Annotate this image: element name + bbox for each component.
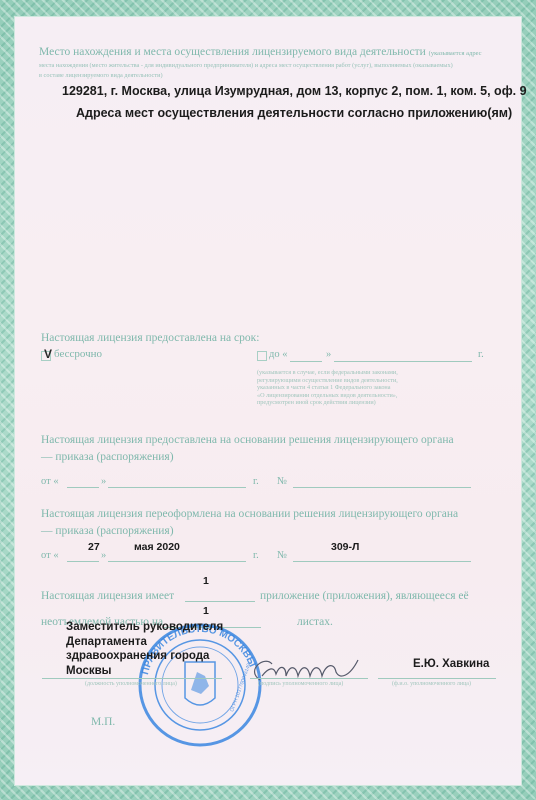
appendix-line1-suffix: приложение (приложения), являющееся её [260, 590, 469, 602]
appendix-line1-prefix: Настоящая лицензия имеет [41, 590, 174, 602]
caption-position: (должность уполномоченного лица) [85, 681, 177, 687]
granted-year-suffix: г. [253, 476, 259, 487]
signer-name: Е.Ю. Хавкина [413, 658, 489, 670]
signer-position: Заместитель руководителя Департамента зд… [66, 620, 223, 678]
reissued-number-line[interactable] [293, 561, 471, 562]
granted-date-prefix: от « [41, 476, 59, 487]
granted-line2: — приказа (распоряжения) [41, 451, 174, 463]
caption-signature: (подпись уполномоченного лица) [258, 681, 343, 687]
until-note-line: регулирующими осуществление видов деятел… [257, 377, 398, 385]
appendix-count-value: 1 [203, 575, 209, 587]
until-day-line[interactable] [290, 361, 322, 362]
indefinite-label: бессрочно [54, 348, 102, 360]
appendix-line2-suffix: листах. [297, 616, 333, 628]
until-checkbox[interactable] [257, 351, 267, 361]
activity-addresses-value: Адреса мест осуществления деятельности с… [76, 106, 512, 120]
granted-number-line[interactable] [293, 487, 471, 488]
sheet-count-value: 1 [203, 605, 209, 617]
reissued-year-suffix: г. [253, 550, 259, 561]
until-note-line: «О лицензировании отдельных видов деятел… [257, 392, 398, 400]
until-mid: » [326, 349, 331, 360]
location-heading-text: Место нахождения и места осуществления л… [39, 46, 426, 58]
signer-position-line: здравоохранения города [66, 649, 223, 664]
granted-month-year-line[interactable] [108, 487, 246, 488]
reissued-number-value: 309-Л [331, 541, 359, 553]
appendix-count-line[interactable] [185, 601, 255, 602]
reissued-month-year-value: мая 2020 [134, 541, 180, 553]
until-date-line[interactable] [334, 361, 472, 362]
caption-name: (ф.и.о. уполномоченного лица) [392, 681, 471, 687]
granted-day-line[interactable] [67, 487, 99, 488]
signer-position-line: Заместитель руководителя [66, 620, 223, 635]
reissued-date-mid: » [101, 550, 106, 561]
signature-line [250, 678, 368, 679]
reissued-day-line[interactable] [67, 561, 99, 562]
location-heading: Место нахождения и места осуществления л… [39, 46, 482, 58]
until-note: (указывается в случае, если федеральными… [257, 369, 398, 407]
reissued-date-prefix: от « [41, 550, 59, 561]
granted-date-mid: » [101, 476, 106, 487]
address-value: 129281, г. Москва, улица Изумрудная, дом… [62, 84, 527, 98]
reissued-day-value: 27 [88, 541, 100, 553]
until-note-line: предусмотрен иной срок действия лицензии… [257, 399, 398, 407]
location-note-line2: места нахождения (место жительства - для… [39, 62, 453, 69]
signer-position-line: Департамента [66, 635, 223, 650]
position-signature-line [42, 678, 222, 679]
seal-label: М.П. [91, 716, 115, 728]
until-prefix: до « [269, 349, 287, 360]
name-signature-line [378, 678, 496, 679]
until-year-suffix: г. [478, 349, 484, 360]
reissued-line2: — приказа (распоряжения) [41, 525, 174, 537]
until-note-line: (указывается в случае, если федеральными… [257, 369, 398, 377]
signer-position-line: Москвы [66, 664, 223, 679]
reissued-number-label: № [277, 550, 287, 561]
granted-line1: Настоящая лицензия предоставлена на осно… [41, 434, 454, 446]
reissued-month-year-line[interactable] [108, 561, 246, 562]
location-note-line3: в составе лицензируемого вида деятельнос… [39, 72, 163, 79]
term-label: Настоящая лицензия предоставлена на срок… [41, 332, 259, 344]
reissued-line1: Настоящая лицензия переоформлена на осно… [41, 508, 458, 520]
until-note-line: указанных в части 4 статьи 1 Федеральног… [257, 384, 398, 392]
granted-number-label: № [277, 476, 287, 487]
check-mark-icon: V [44, 347, 52, 361]
location-heading-note: (указывается адрес [429, 50, 482, 57]
